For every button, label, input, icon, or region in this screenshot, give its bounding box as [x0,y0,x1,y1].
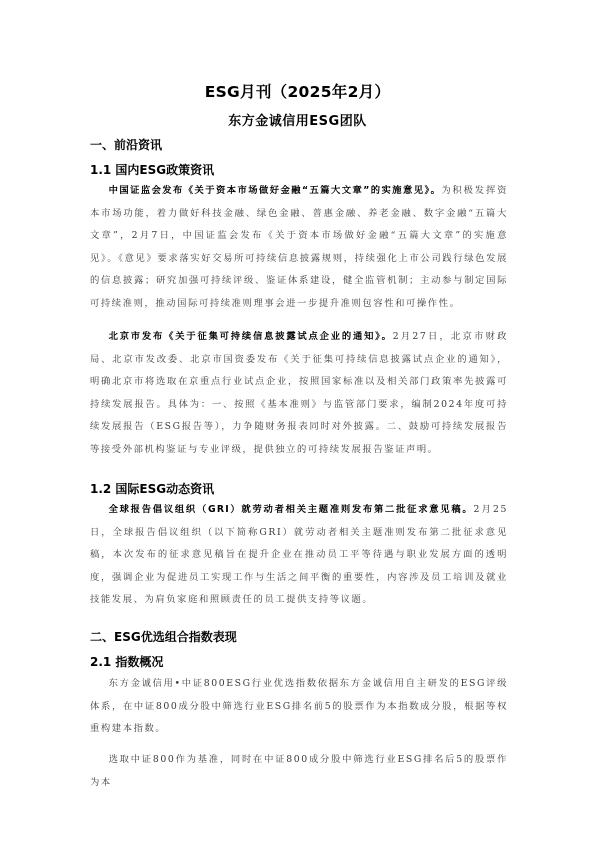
paragraph-body: 2月27日，北京市财政局、北京市发改委、北京市国资委发布《关于征集可持续信息披露… [90,331,508,455]
paragraph-index-description: 东方金诚信用•中证800ESG行业优选指数依据东方金诚信用自主研发的ESG评级体… [90,673,508,741]
subsection-heading-domestic-policy: 1.1 国内ESG政策资讯 [90,161,214,178]
paragraph-lead: 北京市发布《关于征集可持续信息披露试点企业的通知》。 [109,331,393,342]
document-subtitle: 东方金诚信用ESG团队 [0,110,595,129]
subsection-heading-index-overview: 2.1 指数概况 [90,653,163,670]
paragraph-lead: 全球报告倡议组织（GRI）就劳动者相关主题准则发布第二批征求意见稿。 [109,504,474,515]
paragraph-gri-draft: 全球报告倡议组织（GRI）就劳动者相关主题准则发布第二批征求意见稿。2月25日，… [90,499,508,612]
paragraph-beijing-notice: 北京市发布《关于征集可持续信息披露试点企业的通知》。2月27日，北京市财政局、北… [90,326,508,461]
section-heading-frontier-news: 一、前沿资讯 [90,136,162,153]
document-page: ESG月刊（2025年2月） 东方金诚信用ESG团队 一、前沿资讯 1.1 国内… [0,0,595,842]
paragraph-body: 东方金诚信用•中证800ESG行业优选指数依据东方金诚信用自主研发的ESG评级体… [90,678,508,734]
document-title: ESG月刊（2025年2月） [0,80,595,102]
paragraph-csrc-opinion: 中国证监会发布《关于资本市场做好金融“五篇大文章”的实施意见》。为积极发挥资本市… [90,180,508,315]
paragraph-lead: 中国证监会发布《关于资本市场做好金融“五篇大文章”的实施意见》。 [109,185,442,196]
paragraph-body: 2月25日，全球报告倡议组织（以下简称GRI）就劳动者相关主题准则发布第二批征求… [90,504,508,605]
section-heading-index-performance: 二、ESG优选组合指数表现 [90,628,237,645]
subsection-heading-international-esg: 1.2 国际ESG动态资讯 [90,480,214,497]
paragraph-body: 选取中证800作为基准，同时在中证800成分股中筛选行业ESG排名后5的股票作为… [90,754,508,788]
paragraph-body: 为积极发挥资本市场功能，着力做好科技金融、绿色金融、普惠金融、养老金融、数字金融… [90,185,508,309]
paragraph-benchmark: 选取中证800作为基准，同时在中证800成分股中筛选行业ESG排名后5的股票作为… [90,749,508,794]
